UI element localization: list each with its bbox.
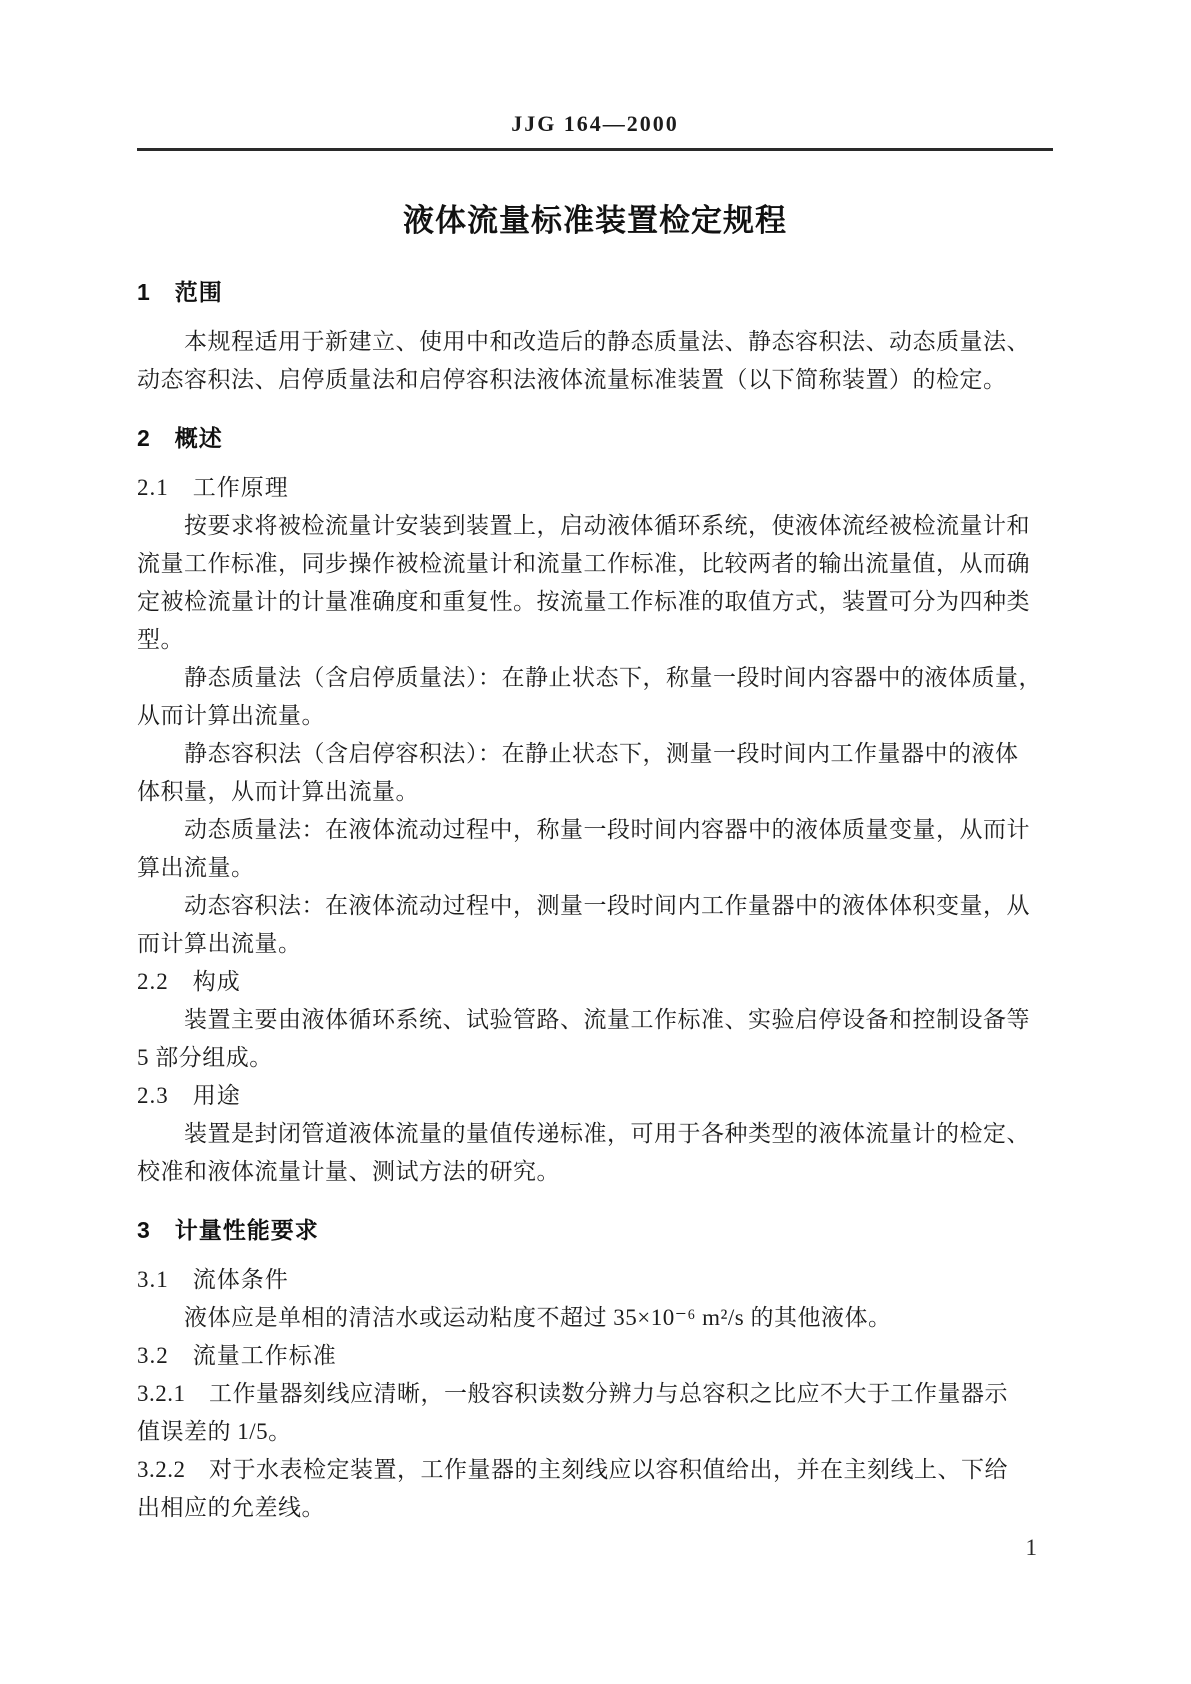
paragraph-static-mass-method: 静态质量法（含启停质量法）：在静止状态下，称量一段时间内容器中的液体质量， 从而… [137,659,1053,735]
paragraph-fluid-conditions: 液体应是单相的清洁水或运动粘度不超过 35×10⁻⁶ m²/s 的其他液体。 [137,1299,1053,1337]
section-heading-scope: 1 范围 [137,273,1053,311]
sub-heading-fluid-conditions: 3.1 流体条件 [137,1261,1053,1299]
section-heading-overview: 2 概述 [137,419,1053,457]
sub-heading-flow-working-standard: 3.2 流量工作标准 [137,1337,1053,1375]
paragraph-usage: 装置是封闭管道液体流量的量值传递标准，可用于各种类型的液体流量计的检定、 校准和… [137,1115,1053,1191]
section-heading-metrological-requirements: 3 计量性能要求 [137,1211,1053,1249]
clause-3-2-2: 3.2.2 对于水表检定装置，工作量器的主刻线应以容积值给出，并在主刻线上、下给… [137,1451,1053,1527]
paragraph-scope: 本规程适用于新建立、使用中和改造后的静态质量法、静态容积法、动态质量法、 动态容… [137,323,1053,399]
page-header: JJG 164—2000 [137,0,1053,138]
sub-heading-working-principle: 2.1 工作原理 [137,469,1053,507]
paragraph-static-volume-method: 静态容积法（含启停容积法）：在静止状态下，测量一段时间内工作量器中的液体 体积量… [137,735,1053,811]
document-page: JJG 164—2000 液体流量标准装置检定规程 1 范围 本规程适用于新建立… [0,0,1191,1684]
header-rule [137,148,1053,151]
clause-3-2-1: 3.2.1 工作量器刻线应清晰，一般容积读数分辨力与总容积之比应不大于工作量器示… [137,1375,1053,1451]
paragraph-working-principle: 按要求将被检流量计安装到装置上，启动液体循环系统，使液体流经被检流量计和 流量工… [137,507,1053,659]
document-title: 液体流量标准装置检定规程 [137,199,1053,243]
page-content: JJG 164—2000 液体流量标准装置检定规程 1 范围 本规程适用于新建立… [137,0,1053,1565]
standard-number: JJG 164—2000 [511,111,679,136]
paragraph-dynamic-mass-method: 动态质量法：在液体流动过程中，称量一段时间内容器中的液体质量变量，从而计 算出流… [137,811,1053,887]
page-number: 1 [137,1531,1053,1565]
sub-heading-usage: 2.3 用途 [137,1077,1053,1115]
sub-heading-composition: 2.2 构成 [137,963,1053,1001]
paragraph-composition: 装置主要由液体循环系统、试验管路、流量工作标准、实验启停设备和控制设备等 5 部… [137,1001,1053,1077]
paragraph-dynamic-volume-method: 动态容积法：在液体流动过程中，测量一段时间内工作量器中的液体体积变量，从 而计算… [137,887,1053,963]
